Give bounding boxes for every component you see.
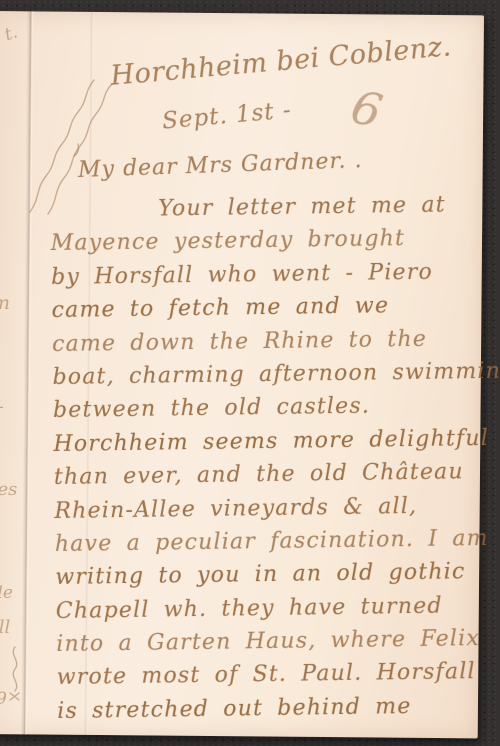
margin-squiggle xyxy=(6,645,26,703)
margin-fragment: m xyxy=(0,292,10,314)
margin-fragment: - xyxy=(0,397,4,417)
margin-fragment: all xyxy=(0,617,10,638)
margin-fragment: 9 xyxy=(0,689,7,709)
letter-body: Your letter met me atMayence yesterday b… xyxy=(50,188,500,728)
photo-stage: Horchheim bei Coblenz. Sept. 1st - 6 My … xyxy=(0,0,500,746)
margin-fragment: ges xyxy=(0,479,17,500)
margin-fragment: lle xyxy=(0,583,13,603)
diagonal-marginalia xyxy=(18,38,128,223)
letter-line: is stretched out behind me xyxy=(57,689,500,729)
